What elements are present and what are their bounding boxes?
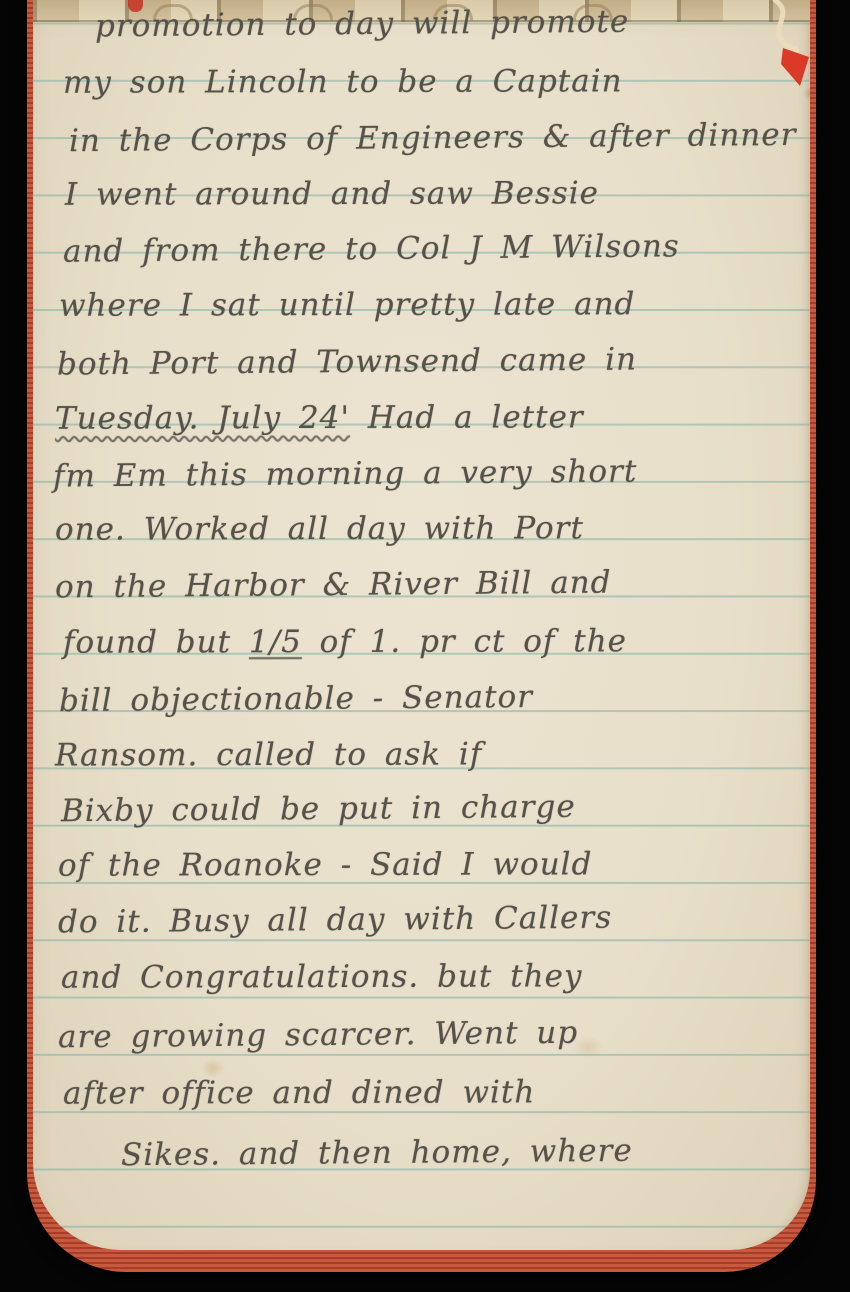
handwriting-block: promotion to day will promote my son Lin…	[33, 0, 810, 1250]
handwritten-line: on the Harbor & River Bill and	[55, 565, 612, 606]
handwritten-line: and from there to Col J M Wilsons	[63, 228, 680, 269]
handwritten-line: my son Lincoln to be a Captain	[63, 63, 623, 100]
handwritten-line-fraction: found but 1/5 of 1. pr ct of the	[63, 623, 627, 660]
entry-date-rest: Had a letter	[350, 399, 584, 436]
handwritten-line: and Congratulations. but they	[61, 958, 583, 995]
handwritten-line: promotion to day will promote	[95, 4, 630, 45]
photo-background: promotion to day will promote my son Lin…	[0, 0, 850, 1292]
notebook-page: promotion to day will promote my son Lin…	[33, 0, 810, 1250]
handwritten-line: do it. Busy all day with Callers	[58, 900, 612, 941]
handwritten-line: are growing scarcer. Went up	[58, 1015, 578, 1056]
handwritten-line: bill objectionable - Senator	[59, 679, 533, 719]
handwritten-line: fm Em this morning a very short	[53, 453, 638, 494]
handwritten-line: after office and dined with	[63, 1074, 535, 1111]
handwritten-line: I went around and saw Bessie	[65, 175, 599, 212]
fraction-post: of 1. pr ct of the	[302, 623, 627, 660]
fraction: 1/5	[249, 624, 302, 660]
handwritten-line: of the Roanoke - Said I would	[58, 846, 592, 883]
handwritten-line: in the Corps of Engineers & after dinner	[69, 117, 797, 159]
handwritten-line: both Port and Townsend came in	[57, 341, 637, 382]
entry-date: Tuesday. July 24'	[55, 400, 350, 437]
fraction-pre: found but	[63, 624, 249, 660]
handwritten-line: Sikes. and then home, where	[121, 1133, 633, 1173]
handwritten-line-entry-date: Tuesday. July 24' Had a letter	[55, 399, 584, 436]
handwritten-line: where I sat until pretty late and	[59, 286, 635, 324]
handwritten-line: Ransom. called to ask if	[55, 736, 482, 773]
handwritten-line: Bixby could be put in charge	[61, 789, 576, 829]
handwritten-line: one. Worked all day with Port	[55, 510, 584, 547]
